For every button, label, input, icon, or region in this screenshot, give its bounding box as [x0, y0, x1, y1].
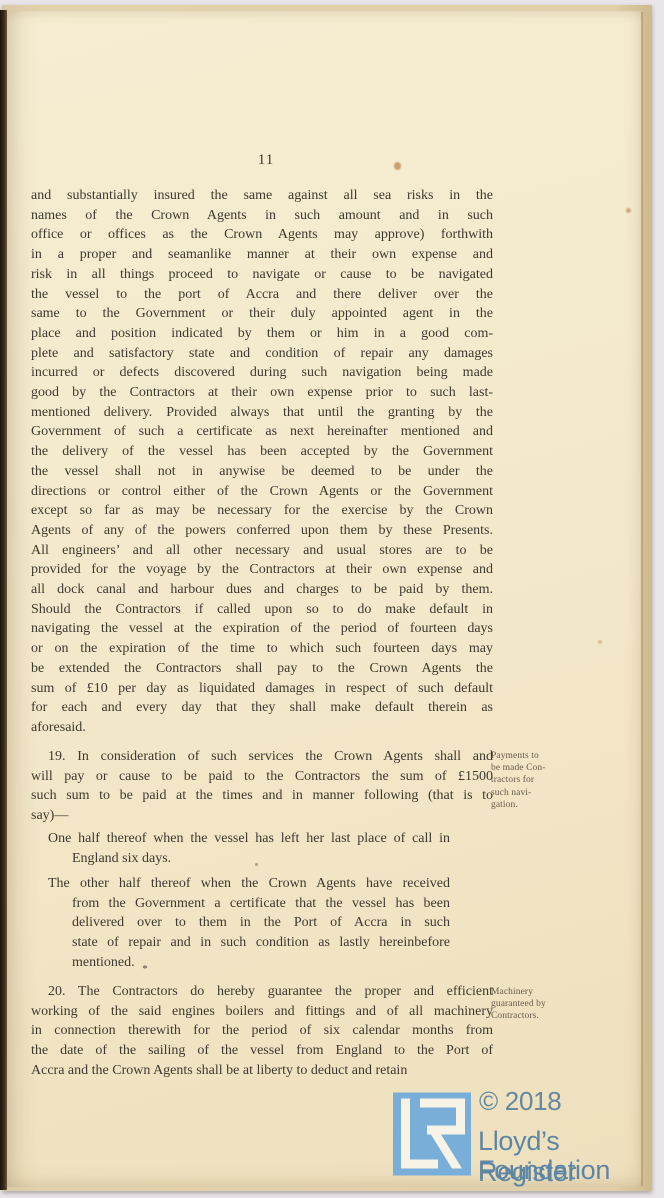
text-line: incurred or defects discovered during su…	[31, 363, 493, 383]
text-line: such sum to be paid at the times and in …	[31, 786, 493, 806]
payment-term-second-half: The other half thereof when the Crown Ag…	[48, 874, 450, 973]
margin-note-line: be made Con-	[491, 762, 561, 774]
lloyds-register-logo	[393, 1092, 471, 1176]
body-paragraph-continuation: and substantially insured the same again…	[31, 186, 493, 738]
text-line: provided for the voyage by the Contracto…	[31, 560, 493, 580]
text-line: directions or control either of the Crow…	[31, 482, 493, 502]
foundation-name-line2: Foundation	[478, 1155, 610, 1186]
text-line: risk in all things proceed to navigate o…	[31, 265, 493, 285]
text-line: delivered over to them in the Port of Ac…	[72, 913, 450, 933]
text-line: the delivery of the vessel has been acce…	[31, 442, 493, 462]
text-line: Should the Contractors if called upon so…	[31, 600, 493, 620]
text-line: England six days.	[72, 849, 450, 869]
text-line: be extended the Contractors shall pay to…	[31, 659, 493, 679]
text-line: mentioned delivery. Provided always that…	[31, 403, 493, 423]
text-line: sum of £10 per day as liquidated damages…	[31, 679, 493, 699]
foxing-spot	[598, 640, 602, 644]
margin-note-line: guaranteed by	[491, 998, 561, 1010]
text-line: the date of the sailing of the vessel fr…	[31, 1041, 493, 1061]
text-line: and substantially insured the same again…	[31, 186, 493, 206]
text-line: navigating the vessel at the expiration …	[31, 619, 493, 639]
text-line: Agents of any of the powers conferred up…	[31, 521, 493, 541]
text-line: the vessel to the port of Accra and ther…	[31, 285, 493, 305]
margin-note-line: Machinery	[491, 986, 561, 998]
text-line: plete and satisfactory state and conditi…	[31, 344, 493, 364]
margin-note-line: such navi-	[491, 787, 561, 799]
text-line: in a proper and seamanlike manner at the…	[31, 245, 493, 265]
text-line: aforesaid.	[31, 718, 493, 738]
margin-note-payments: Payments tobe made Con-tractors forsuch …	[491, 750, 561, 811]
foxing-spot	[394, 162, 401, 170]
printer-mark: *	[138, 963, 152, 975]
margin-note-line: Contractors.	[491, 1010, 561, 1022]
margin-note-line: tractors for	[491, 774, 561, 786]
text-line: All engineers’ and all other necessary a…	[31, 541, 493, 561]
text-line: working of the said engines boilers and …	[31, 1002, 493, 1022]
text-line: place and position indicated by them or …	[31, 324, 493, 344]
text-line: Accra and the Crown Agents shall be at l…	[31, 1061, 493, 1081]
foxing-spot	[626, 208, 631, 213]
text-line: state of repair and in such condition as…	[72, 933, 450, 953]
text-line: The other half thereof when the Crown Ag…	[48, 874, 450, 894]
text-line: except so far as may be necessary for th…	[31, 501, 493, 521]
text-line: in connection therewith for the period o…	[31, 1021, 493, 1041]
text-line: 19. In consideration of such services th…	[31, 747, 493, 767]
text-line: good by the Contractors at their own exp…	[31, 383, 493, 403]
text-line: same to the Government or their duly app…	[31, 304, 493, 324]
margin-note-line: Payments to	[491, 750, 561, 762]
text-line: for each and every day that they shall m…	[31, 698, 493, 718]
text-line: say)—	[31, 806, 493, 826]
text-line: all dock canal and harbour dues and char…	[31, 580, 493, 600]
page-edge-line	[641, 12, 643, 1186]
copyright-year: © 2018	[479, 1086, 561, 1117]
text-line: mentioned.	[72, 953, 450, 973]
text-line: office or offices as the Crown Agents ma…	[31, 225, 493, 245]
text-line: from the Government a certificate that t…	[72, 894, 450, 914]
margin-note-machinery: Machineryguaranteed byContractors.	[491, 986, 561, 1023]
page-number: 11	[250, 152, 282, 169]
text-line: will pay or cause to be paid to the Cont…	[31, 767, 493, 787]
margin-note-line: gation.	[491, 799, 561, 811]
clause-19: 19. In consideration of such services th…	[31, 747, 493, 826]
text-line: One half thereof when the vessel has lef…	[48, 829, 450, 849]
text-line: 20. The Contractors do hereby guarantee …	[31, 982, 493, 1002]
binding-shadow	[0, 10, 7, 1190]
text-line: the vessel shall not in anywise be deeme…	[31, 462, 493, 482]
text-line: names of the Crown Agents in such amount…	[31, 206, 493, 226]
payment-term-first-half: One half thereof when the vessel has lef…	[48, 829, 450, 868]
clause-20: 20. The Contractors do hereby guarantee …	[31, 982, 493, 1081]
text-line: or on the expiration of the time to whic…	[31, 639, 493, 659]
text-line: Government of such a certificate as next…	[31, 422, 493, 442]
